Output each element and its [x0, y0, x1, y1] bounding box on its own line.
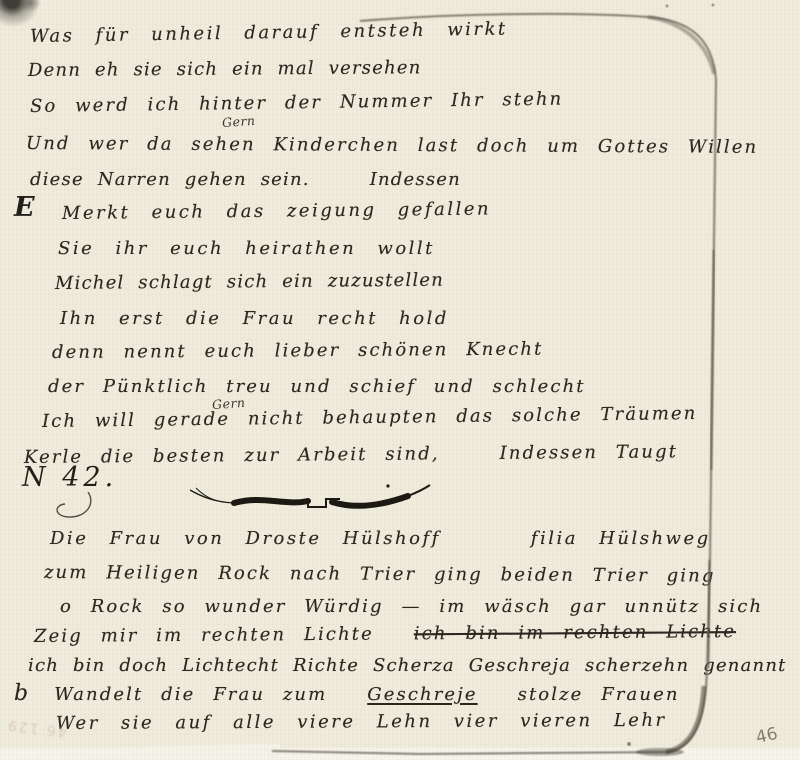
- line-text: So werd ich hinter der Nummer Ihr stehn: [30, 89, 564, 117]
- manuscript-line-6: Merkt euch das zeigung gefallen: [62, 199, 491, 224]
- line-text: Wer sie auf alle viere Lehn vier vieren …: [56, 710, 667, 734]
- line-text: Merkt euch das zeigung gefallen: [62, 199, 491, 224]
- line-text-continued: stolze Frauen: [518, 684, 680, 705]
- word-gap: [440, 459, 500, 460]
- line-text: Sie ihr euch heirathen wollt: [58, 238, 435, 259]
- line-text-continued: filia Hülshweg: [531, 528, 711, 549]
- margin-letter: b: [14, 681, 30, 706]
- interlinear-insertion-2: Gern: [212, 395, 246, 412]
- manuscript-line-9: Ihn erst die Frau recht hold: [60, 308, 449, 329]
- manuscript-line-11: der Pünktlich treu und schief und schlec…: [48, 376, 586, 397]
- manuscript-line-8: Michel schlagt sich ein zuzustellen: [55, 270, 444, 294]
- manuscript-page-scan: Was für unheil darauf entsteh wirkt Denn…: [0, 0, 800, 760]
- line-text: Ich will gerade nicht behaupten das solc…: [42, 403, 698, 432]
- manuscript-line-15: zum Heiligen Rock nach Trier ging beiden…: [44, 562, 716, 587]
- page-bottom-edge-strip-left: [0, 744, 280, 760]
- manuscript-line-7: Sie ihr euch heirathen wollt: [58, 238, 435, 259]
- line-text: ich bin doch Lichtecht Richte Scherza Ge…: [28, 655, 787, 676]
- line-text: zum Heiligen Rock nach Trier ging beiden…: [44, 562, 716, 587]
- line-text: Und wer da sehen Kinderchen last doch um…: [26, 133, 758, 158]
- manuscript-line-12: Ich will gerade nicht behaupten das solc…: [42, 403, 698, 432]
- section-number-heading: N 42.: [22, 462, 117, 493]
- line-text: Denn eh sie sich ein mal versehen: [28, 57, 422, 81]
- manuscript-line-3: So werd ich hinter der Nummer Ihr stehn: [30, 89, 564, 117]
- line-text: Was für unheil darauf entsteh wirkt: [30, 18, 508, 47]
- manuscript-line-13: Kerle die besten zur Arbeit sind,Indesse…: [24, 441, 678, 468]
- manuscript-line-5: diese Narren gehen sein.Indessen: [30, 169, 461, 190]
- line-text: denn nennt euch lieber schönen Knecht: [52, 339, 544, 363]
- line-text: Die Frau von Droste Hülshoff: [50, 528, 441, 549]
- pencil-folio-number: 46: [754, 724, 780, 748]
- line-text: diese Narren gehen sein.: [30, 169, 310, 190]
- manuscript-line-17: Zeig mir im rechten Lichteich bin im rec…: [34, 621, 736, 647]
- line-text: Zeig mir im rechten Lichte: [34, 624, 374, 647]
- manuscript-line-14: Die Frau von Droste Hülshofffilia Hülshw…: [50, 528, 711, 549]
- line-text: der Pünktlich treu und schief und schlec…: [48, 376, 586, 397]
- manuscript-line-2: Denn eh sie sich ein mal versehen: [28, 57, 422, 81]
- struck-through-text: ich bin im rechten Lichte: [414, 621, 736, 644]
- manuscript-line-20: Wer sie auf alle viere Lehn vier vieren …: [56, 710, 667, 734]
- line-text: o Rock so wunder Würdig — im wäsch gar u…: [60, 596, 763, 617]
- line-text: Ihn erst die Frau recht hold: [60, 308, 449, 329]
- manuscript-line-16: o Rock so wunder Würdig — im wäsch gar u…: [60, 596, 763, 617]
- line-text-continued: Indessen Taugt: [500, 441, 679, 464]
- manuscript-line-4: Und wer da sehen Kinderchen last doch um…: [26, 133, 758, 158]
- interlinear-insertion-1: Gern: [222, 113, 256, 130]
- manuscript-line-10: denn nennt euch lieber schönen Knecht: [52, 339, 544, 363]
- line-text: Wandelt die Frau zum: [54, 684, 327, 705]
- margin-letter-e: E: [14, 192, 35, 223]
- manuscript-line-19: bWandelt die Frau zumGeschrejestolze Fra…: [14, 681, 680, 706]
- manuscript-line-1: Was für unheil darauf entsteh wirkt: [30, 18, 508, 47]
- manuscript-line-18: ich bin doch Lichtecht Richte Scherza Ge…: [28, 655, 787, 676]
- calligraphic-divider-flourish: [182, 482, 442, 518]
- underlined-text: Geschreje: [367, 684, 477, 705]
- line-text-continued: Indessen: [370, 169, 461, 190]
- line-text: Michel schlagt sich ein zuzustellen: [55, 270, 444, 294]
